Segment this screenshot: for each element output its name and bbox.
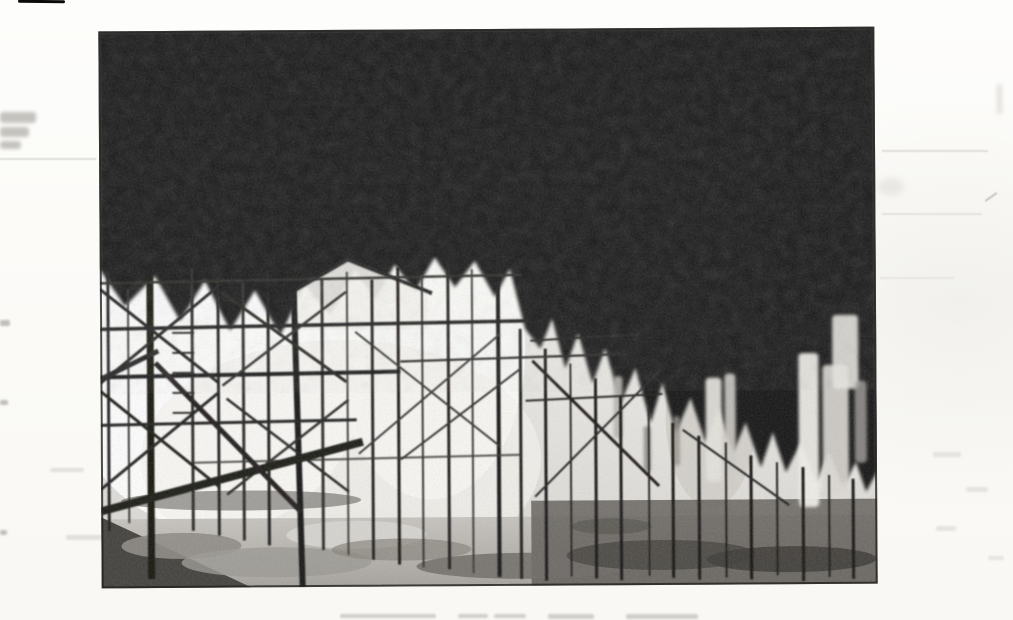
margin-rule-line bbox=[880, 277, 954, 279]
scan-artifact-top-edge-dash bbox=[18, 0, 65, 3]
scan-smudge bbox=[997, 84, 1002, 114]
margin-rule-line bbox=[882, 150, 988, 152]
scan-speck bbox=[0, 320, 10, 326]
scan-smudge bbox=[50, 468, 84, 472]
scan-speck bbox=[0, 400, 8, 405]
scan-speck bbox=[988, 556, 1004, 560]
scanned-page bbox=[0, 0, 1013, 620]
scan-tick-mark bbox=[985, 192, 998, 202]
margin-bleedthrough-text-smudge bbox=[0, 112, 40, 156]
scan-speck bbox=[936, 526, 956, 531]
photo-svg bbox=[98, 27, 877, 589]
scan-speck bbox=[933, 452, 961, 457]
margin-rule-line bbox=[0, 158, 96, 160]
scan-speck bbox=[0, 530, 7, 535]
margin-rule-line bbox=[882, 213, 982, 215]
cropped-caption-smudge bbox=[0, 614, 1013, 620]
scan-speck bbox=[966, 487, 988, 492]
halftone-blotch bbox=[98, 27, 876, 362]
scan-smudge bbox=[878, 178, 904, 196]
construction-photograph bbox=[98, 27, 877, 589]
